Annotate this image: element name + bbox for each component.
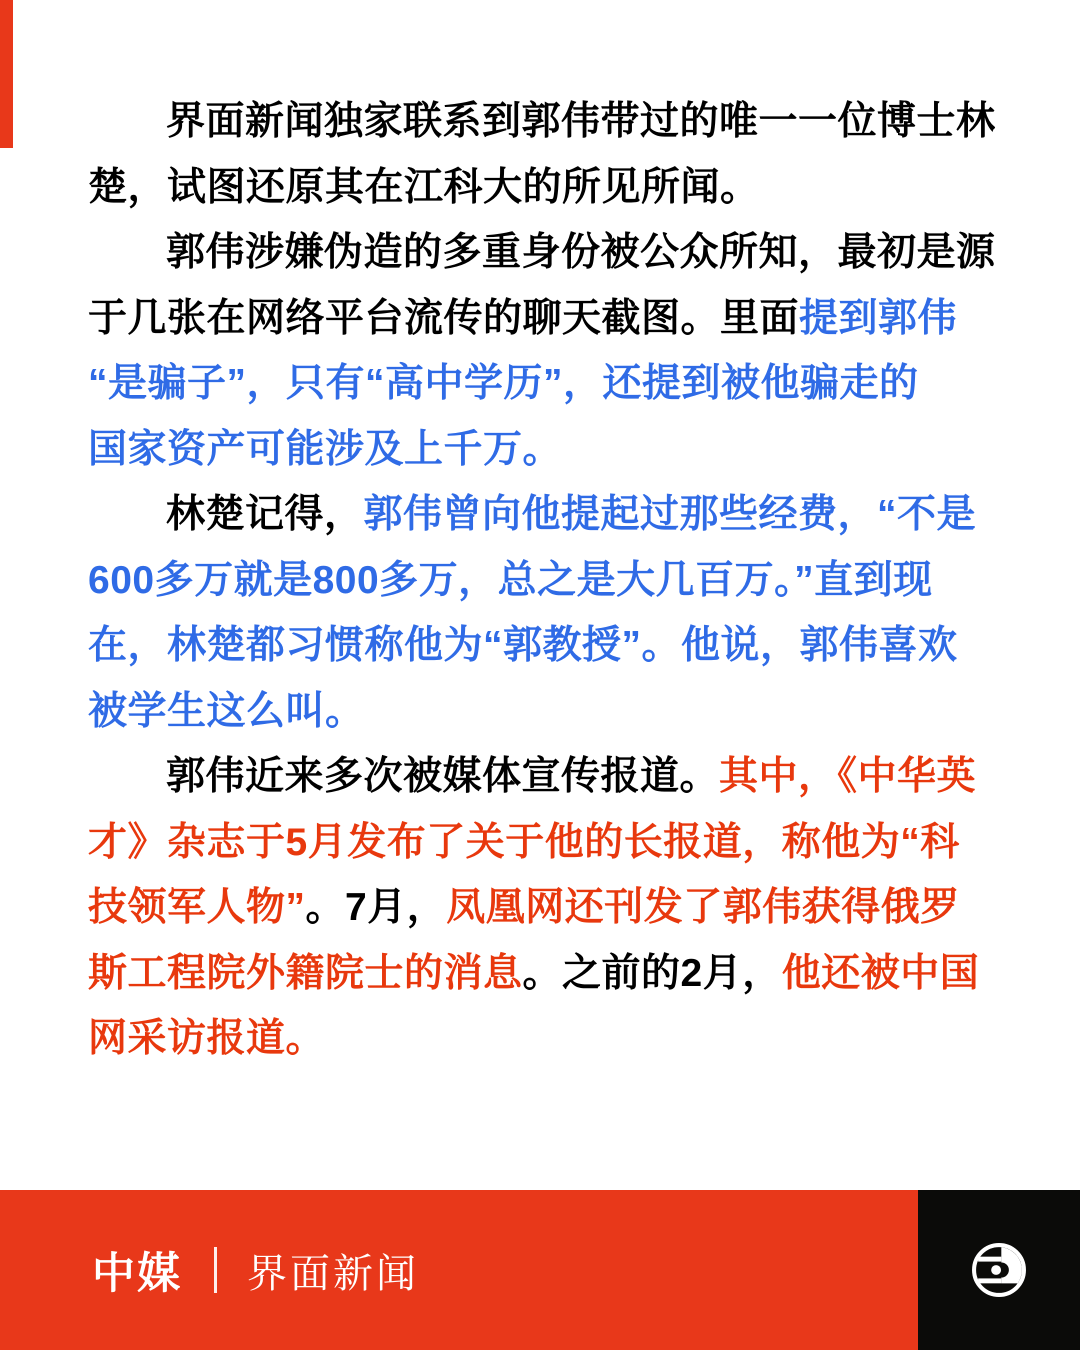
text-segment: 600多万就是800多万，总之是大几百万。”直到现 <box>88 559 933 602</box>
text-line: 郭伟涉嫌伪造的多重身份被公众所知，最初是源 <box>88 220 1000 286</box>
footer-brand-label: 中媒 <box>92 1240 182 1301</box>
text-segment: 斯工程院外籍院士的消息 <box>88 952 523 995</box>
text-segment: 他还被中国 <box>782 952 980 995</box>
text-segment: 界面新闻独家联系到郭伟带过的唯一一位博士林 <box>166 100 996 143</box>
text-segment: 郭伟近来多次被媒体宣传报道。 <box>166 755 719 798</box>
text-line: 林楚记得，郭伟曾向他提起过那些经费，“不是 <box>88 482 1000 548</box>
text-segment: 。之前的2月， <box>523 952 782 995</box>
text-segment: “是骗子”，只有“高中学历”，还提到被他骗走的 <box>88 362 919 405</box>
corner-accent-strip <box>0 0 13 148</box>
publisher-logo-square <box>918 1190 1080 1350</box>
footer-publisher-label: 界面新闻 <box>247 1242 419 1299</box>
text-segment: 被学生这么叫。 <box>88 690 365 733</box>
text-segment: 国家资产可能涉及上千万。 <box>88 428 562 471</box>
text-line: 楚，试图还原其在江科大的所见所闻。 <box>88 155 1000 221</box>
text-segment: 凤凰网还刊发了郭伟获得俄罗 <box>446 886 960 929</box>
article-text: 界面新闻独家联系到郭伟带过的唯一一位博士林楚，试图还原其在江科大的所见所闻。郭伟… <box>88 89 1000 1072</box>
footer-branding: 中媒 界面新闻 <box>92 1190 419 1350</box>
text-line: 于几张在网络平台流传的聊天截图。里面提到郭伟 <box>88 286 1000 352</box>
text-segment: 郭伟涉嫌伪造的多重身份被公众所知，最初是源 <box>166 231 996 274</box>
text-segment: 于几张在网络平台流传的聊天截图。里面 <box>88 297 799 340</box>
text-line: “是骗子”，只有“高中学历”，还提到被他骗走的 <box>88 351 1000 417</box>
text-segment: 。7月， <box>306 886 447 929</box>
text-segment: 网采访报道。 <box>88 1017 325 1060</box>
text-line: 被学生这么叫。 <box>88 679 1000 745</box>
text-line: 界面新闻独家联系到郭伟带过的唯一一位博士林 <box>88 89 1000 155</box>
text-line: 在，林楚都习惯称他为“郭教授”。他说，郭伟喜欢 <box>88 613 1000 679</box>
text-segment: 才》杂志于5月发布了关于他的长报道，称他为“科 <box>88 821 960 864</box>
text-line: 网采访报道。 <box>88 1006 1000 1072</box>
text-segment: 提到郭伟 <box>799 297 957 340</box>
jiemian-logo-icon <box>970 1241 1028 1299</box>
text-line: 600多万就是800多万，总之是大几百万。”直到现 <box>88 548 1000 614</box>
text-segment: 其中，《中华英 <box>719 755 976 798</box>
footer-divider <box>214 1247 217 1293</box>
text-segment: 在，林楚都习惯称他为“郭教授”。他说，郭伟喜欢 <box>88 624 958 667</box>
text-segment: 郭伟曾向他提起过那些经费，“不是 <box>364 493 977 536</box>
text-segment: 林楚记得， <box>166 493 364 536</box>
text-line: 国家资产可能涉及上千万。 <box>88 417 1000 483</box>
text-line: 郭伟近来多次被媒体宣传报道。其中，《中华英 <box>88 744 1000 810</box>
text-line: 技领军人物”。7月，凤凰网还刊发了郭伟获得俄罗 <box>88 875 1000 941</box>
text-segment: 技领军人物” <box>88 886 306 929</box>
text-line: 斯工程院外籍院士的消息。之前的2月，他还被中国 <box>88 941 1000 1007</box>
text-line: 才》杂志于5月发布了关于他的长报道，称他为“科 <box>88 810 1000 876</box>
text-segment: 楚，试图还原其在江科大的所见所闻。 <box>88 166 760 209</box>
